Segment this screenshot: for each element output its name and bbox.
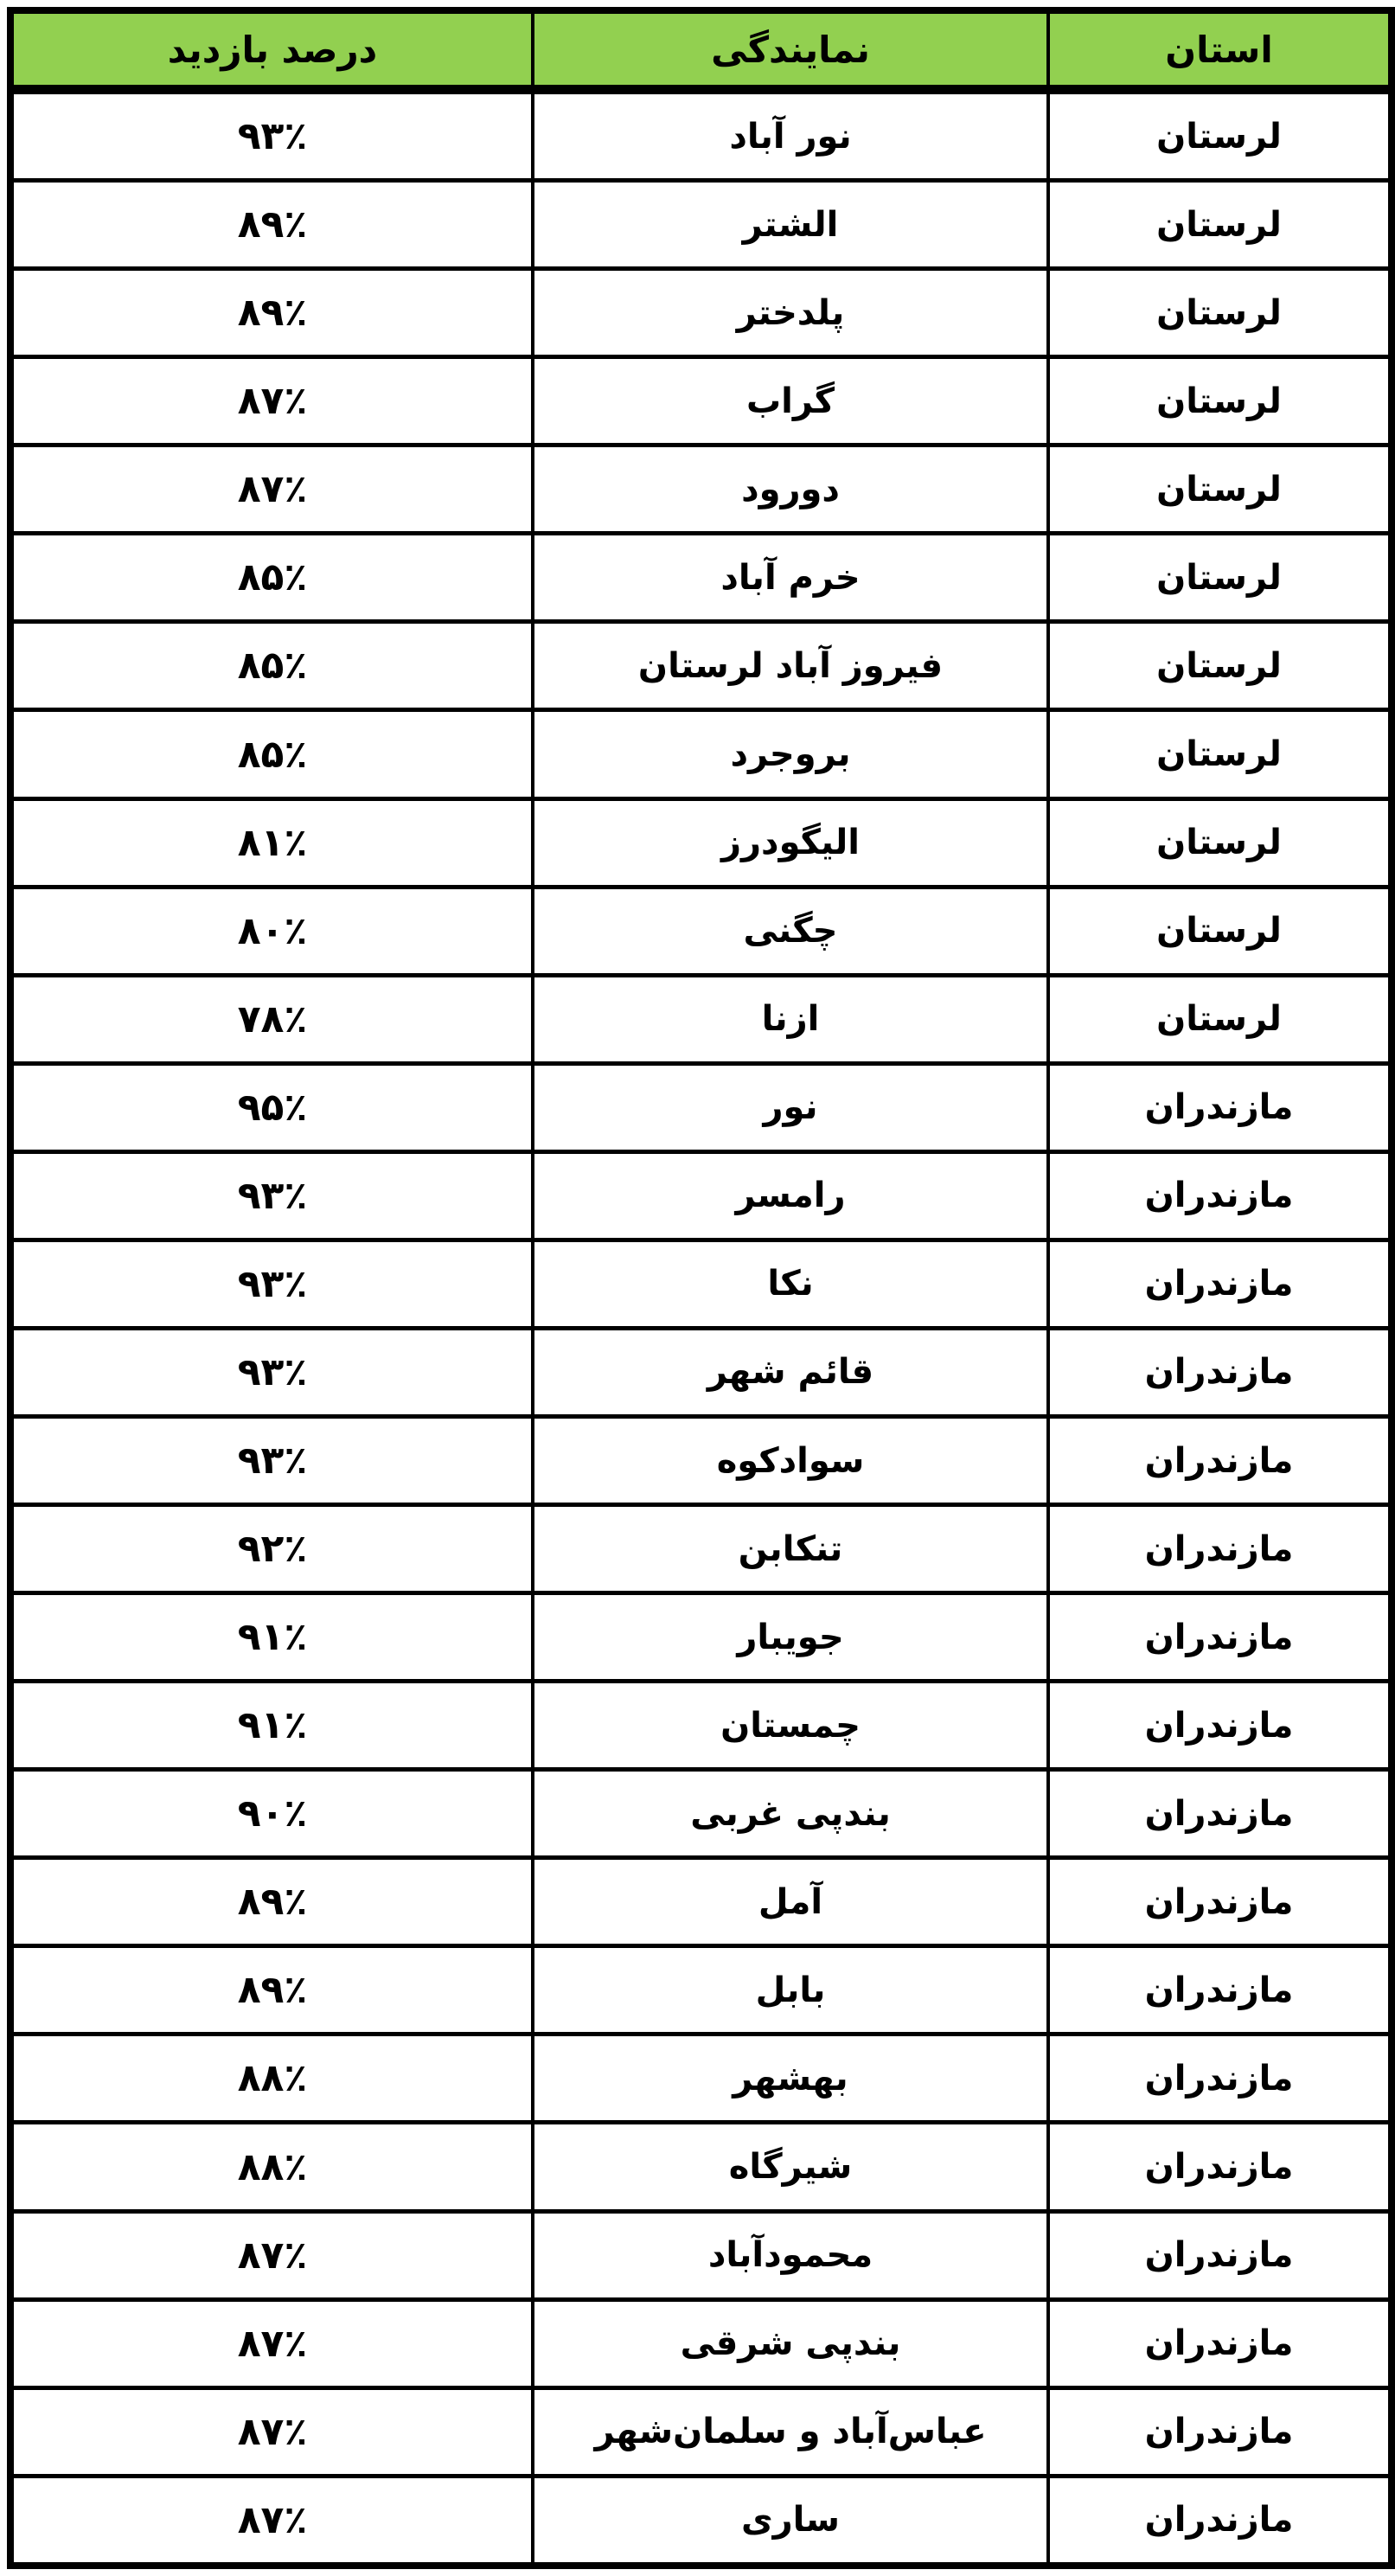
representative-cell: سوادکوه: [533, 1416, 1048, 1504]
percent-value: ۹۳٪: [238, 1262, 308, 1306]
representative-cell: ازنا: [533, 975, 1048, 1063]
table-row: مازندران قائم شهر ۹۳٪: [10, 1328, 1392, 1416]
percent-cell: ۸۷٪: [10, 2211, 533, 2299]
header-cell-province: استان: [1048, 10, 1392, 90]
table-row: لرستان بروجرد ۸۵٪: [10, 710, 1392, 798]
province-cell: لرستان: [1048, 887, 1392, 975]
table-row: مازندران محمودآباد ۸۷٪: [10, 2211, 1392, 2299]
province-cell: لرستان: [1048, 90, 1392, 181]
province-cell: مازندران: [1048, 1682, 1392, 1770]
province-cell: مازندران: [1048, 2211, 1392, 2299]
percent-value: ۸۷٪: [238, 2410, 308, 2454]
table-row: مازندران بندپی شرقی ۸۷٪: [10, 2299, 1392, 2387]
percent-cell: ۹۰٪: [10, 1770, 533, 1858]
percent-value: ۹۳٪: [238, 1439, 308, 1483]
percent-cell: ۸۸٪: [10, 2035, 533, 2123]
percent-value: ۹۳٪: [238, 1350, 308, 1394]
table-row: لرستان چگنی ۸۰٪: [10, 887, 1392, 975]
percent-value: ۸۰٪: [238, 909, 308, 953]
percent-value: ۸۷٪: [238, 2498, 308, 2542]
percent-cell: ۹۱٪: [10, 1682, 533, 1770]
representative-cell: بابل: [533, 1946, 1048, 2035]
representative-cell: محمودآباد: [533, 2211, 1048, 2299]
percent-value: ۸۷٪: [238, 2233, 308, 2278]
representative-cell: بندپی شرقی: [533, 2299, 1048, 2387]
percent-value: ۸۷٪: [238, 2322, 308, 2366]
table-row: لرستان الیگودرز ۸۱٪: [10, 798, 1392, 887]
percent-value: ۹۳٪: [238, 1174, 308, 1218]
representative-cell: بهشهر: [533, 2035, 1048, 2123]
percent-value: ۹۱٪: [238, 1615, 308, 1659]
representative-cell: نکا: [533, 1240, 1048, 1328]
table-row: مازندران شیرگاه ۸۸٪: [10, 2123, 1392, 2211]
representative-cell: چگنی: [533, 887, 1048, 975]
table-row: لرستان نور آباد ۹۳٪: [10, 90, 1392, 181]
table-row: لرستان دورود ۸۷٪: [10, 445, 1392, 534]
table-row: لرستان خرم آباد ۸۵٪: [10, 534, 1392, 622]
percent-cell: ۹۳٪: [10, 90, 533, 181]
province-cell: لرستان: [1048, 798, 1392, 887]
representative-cell: پلدختر: [533, 269, 1048, 357]
province-cell: لرستان: [1048, 181, 1392, 269]
province-cell: مازندران: [1048, 1770, 1392, 1858]
percent-value: ۹۰٪: [238, 1791, 308, 1836]
representative-cell: آمل: [533, 1858, 1048, 1946]
province-cell: لرستان: [1048, 269, 1392, 357]
percent-value: ۹۳٪: [238, 114, 308, 158]
percent-value: ۸۵٪: [238, 644, 308, 688]
table-row: مازندران عباس‌آباد و سلمان‌شهر ۸۷٪: [10, 2387, 1392, 2476]
table-row: مازندران ساری ۸۷٪: [10, 2476, 1392, 2566]
representative-cell: قائم شهر: [533, 1328, 1048, 1416]
percent-cell: ۹۳٪: [10, 1328, 533, 1416]
percent-value: ۸۹٪: [238, 1968, 308, 2012]
percent-cell: ۸۵٪: [10, 710, 533, 798]
percent-cell: ۸۰٪: [10, 887, 533, 975]
table-row: لرستان ازنا ۷۸٪: [10, 975, 1392, 1063]
representative-cell: ساری: [533, 2476, 1048, 2566]
percent-cell: ۹۲٪: [10, 1505, 533, 1593]
province-cell: مازندران: [1048, 2035, 1392, 2123]
representative-cell: بندپی غربی: [533, 1770, 1048, 1858]
percent-cell: ۸۷٪: [10, 2476, 533, 2566]
representative-cell: نور: [533, 1063, 1048, 1151]
percent-value: ۸۷٪: [238, 467, 308, 511]
table-row: مازندران جویبار ۹۱٪: [10, 1593, 1392, 1682]
percent-cell: ۸۷٪: [10, 445, 533, 534]
province-cell: مازندران: [1048, 1328, 1392, 1416]
province-cell: لرستان: [1048, 534, 1392, 622]
province-cell: مازندران: [1048, 1063, 1392, 1151]
representative-cell: الیگودرز: [533, 798, 1048, 887]
representative-cell: رامسر: [533, 1151, 1048, 1240]
table-row: لرستان الشتر ۸۹٪: [10, 181, 1392, 269]
representative-cell: خرم آباد: [533, 534, 1048, 622]
percent-value: ۸۹٪: [238, 1880, 308, 1924]
percent-value: ۷۸٪: [238, 997, 308, 1041]
table-row: مازندران چمستان ۹۱٪: [10, 1682, 1392, 1770]
province-cell: لرستان: [1048, 710, 1392, 798]
table-row: لرستان گراب ۸۷٪: [10, 357, 1392, 445]
percent-cell: ۸۹٪: [10, 269, 533, 357]
province-cell: لرستان: [1048, 357, 1392, 445]
table-row: مازندران سوادکوه ۹۳٪: [10, 1416, 1392, 1504]
header-row: استان نمایندگی درصد بازدید: [10, 10, 1392, 90]
percent-value: ۹۲٪: [238, 1527, 308, 1571]
province-cell: مازندران: [1048, 2299, 1392, 2387]
percent-cell: ۸۷٪: [10, 2387, 533, 2476]
province-cell: مازندران: [1048, 1858, 1392, 1946]
province-cell: لرستان: [1048, 445, 1392, 534]
table-row: لرستان فیروز آباد لرستان ۸۵٪: [10, 622, 1392, 710]
percent-cell: ۸۹٪: [10, 1858, 533, 1946]
province-cell: مازندران: [1048, 2476, 1392, 2566]
percent-cell: ۹۳٪: [10, 1416, 533, 1504]
percent-cell: ۸۷٪: [10, 357, 533, 445]
province-cell: مازندران: [1048, 2387, 1392, 2476]
province-cell: لرستان: [1048, 622, 1392, 710]
representative-cell: فیروز آباد لرستان: [533, 622, 1048, 710]
table-row: مازندران نور ۹۵٪: [10, 1063, 1392, 1151]
province-cell: لرستان: [1048, 975, 1392, 1063]
percent-value: ۸۹٪: [238, 291, 308, 335]
province-cell: مازندران: [1048, 1151, 1392, 1240]
province-cell: مازندران: [1048, 2123, 1392, 2211]
percent-value: ۹۵٪: [238, 1086, 308, 1130]
representative-cell: عباس‌آباد و سلمان‌شهر: [533, 2387, 1048, 2476]
table-row: مازندران بهشهر ۸۸٪: [10, 2035, 1392, 2123]
province-cell: مازندران: [1048, 1946, 1392, 2035]
percent-value: ۸۸٪: [238, 2056, 308, 2100]
table-row: مازندران بابل ۸۹٪: [10, 1946, 1392, 2035]
representative-cell: تنکابن: [533, 1505, 1048, 1593]
percent-cell: ۹۵٪: [10, 1063, 533, 1151]
percent-cell: ۸۷٪: [10, 2299, 533, 2387]
percent-cell: ۹۱٪: [10, 1593, 533, 1682]
percent-cell: ۹۳٪: [10, 1240, 533, 1328]
percent-cell: ۷۸٪: [10, 975, 533, 1063]
table-body: لرستان نور آباد ۹۳٪ لرستان الشتر ۸۹٪ لرس…: [10, 90, 1392, 2566]
percent-cell: ۸۵٪: [10, 622, 533, 710]
province-cell: مازندران: [1048, 1240, 1392, 1328]
representative-cell: چمستان: [533, 1682, 1048, 1770]
table-row: مازندران نکا ۹۳٪: [10, 1240, 1392, 1328]
header-cell-percent: درصد بازدید: [10, 10, 533, 90]
representative-cell: دورود: [533, 445, 1048, 534]
header-cell-representative: نمایندگی: [533, 10, 1048, 90]
percent-cell: ۹۳٪: [10, 1151, 533, 1240]
representative-cell: بروجرد: [533, 710, 1048, 798]
representative-cell: گراب: [533, 357, 1048, 445]
representative-cell: الشتر: [533, 181, 1048, 269]
table-row: مازندران بندپی غربی ۹۰٪: [10, 1770, 1392, 1858]
percent-value: ۸۷٪: [238, 379, 308, 423]
percent-value: ۸۹٪: [238, 202, 308, 247]
table-row: مازندران آمل ۸۹٪: [10, 1858, 1392, 1946]
percent-cell: ۸۹٪: [10, 181, 533, 269]
province-cell: مازندران: [1048, 1416, 1392, 1504]
percent-value: ۹۱٪: [238, 1703, 308, 1747]
visit-percentage-table: استان نمایندگی درصد بازدید لرستان نور آب…: [7, 7, 1395, 2569]
representative-cell: جویبار: [533, 1593, 1048, 1682]
percent-value: ۸۸٪: [238, 2145, 308, 2189]
province-cell: مازندران: [1048, 1593, 1392, 1682]
percent-cell: ۸۵٪: [10, 534, 533, 622]
table-row: مازندران تنکابن ۹۲٪: [10, 1505, 1392, 1593]
percent-value: ۸۵٪: [238, 555, 308, 599]
percent-cell: ۸۸٪: [10, 2123, 533, 2211]
percent-cell: ۸۹٪: [10, 1946, 533, 2035]
province-cell: مازندران: [1048, 1505, 1392, 1593]
percent-value: ۸۵٪: [238, 733, 308, 777]
table-row: مازندران رامسر ۹۳٪: [10, 1151, 1392, 1240]
percent-value: ۸۱٪: [238, 821, 308, 865]
percent-cell: ۸۱٪: [10, 798, 533, 887]
representative-cell: نور آباد: [533, 90, 1048, 181]
representative-cell: شیرگاه: [533, 2123, 1048, 2211]
table-row: لرستان پلدختر ۸۹٪: [10, 269, 1392, 357]
